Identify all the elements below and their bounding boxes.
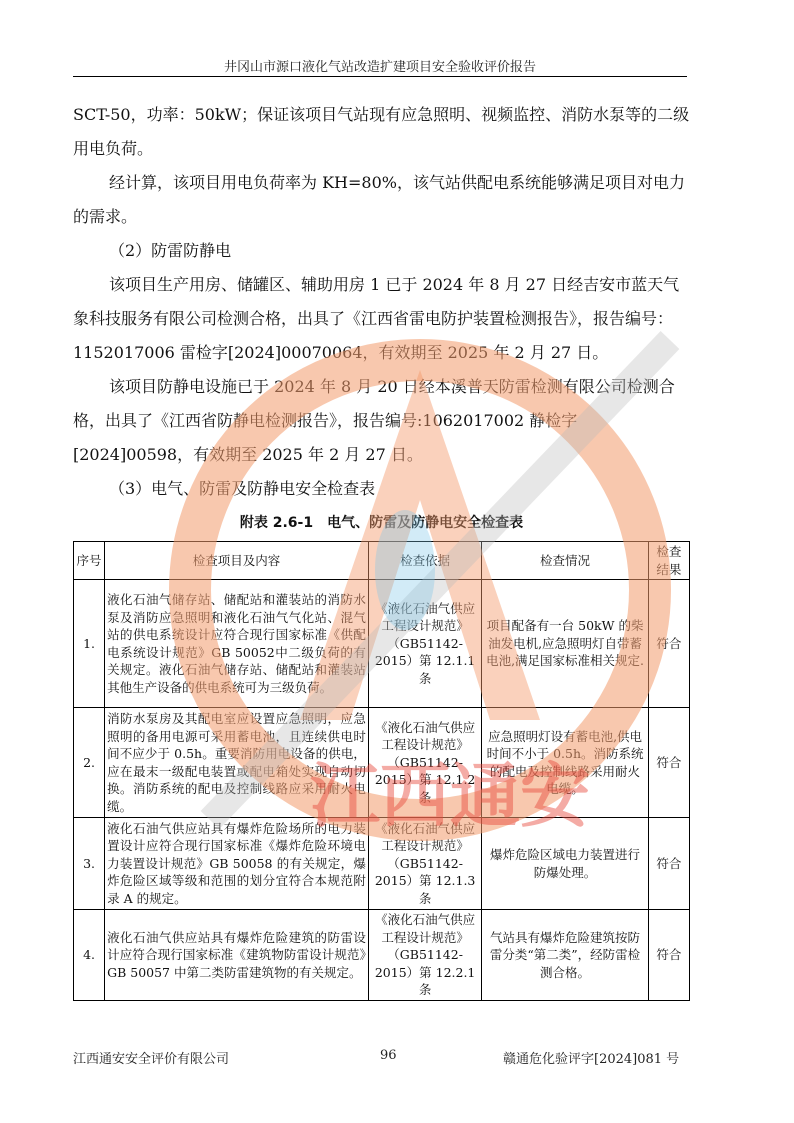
row-situation: 应急照明灯设有蓄电池,供电时间不小于 0.5h。消防系统的配电及控制线路采用耐火… — [482, 708, 649, 818]
footer-report-number: 赣通危化验评字[2024]081 号 — [503, 1048, 679, 1067]
section-heading-lightning: （2）防雷防静电 — [73, 234, 693, 268]
row-basis: 《液化石油气供应工程设计规范》（GB51142-2015）第 12.1.2 条 — [368, 708, 481, 818]
table-row: 3. 液化石油气供应站具有爆炸危险场所的电力装置设计应符合现行国家标准《爆炸危险… — [74, 818, 690, 910]
header-item-content: 检查项目及内容 — [105, 542, 369, 580]
paragraph-lightning-report: 该项目生产用房、储罐区、辅助用房 1 已于 2024 年 8 月 27 日经吉安… — [73, 268, 693, 370]
header-divider — [73, 76, 687, 77]
row-content: 液化石油气供应站具有爆炸危险建筑的防雷设计应符合现行国家标准《建筑物防雷设计规范… — [105, 910, 369, 1001]
row-situation: 气站具有爆炸危险建筑按防雷分类“第二类”，经防雷检测合格。 — [482, 910, 649, 1001]
row-basis: 《液化石油气供应工程设计规范》（GB51142-2015）第 12.2.1 条 — [368, 910, 481, 1001]
body-text: SCT-50，功率：50kW；保证该项目气站现有应急照明、视频监控、消防水泵等的… — [73, 98, 693, 506]
row-result: 符合 — [648, 708, 689, 818]
paragraph-load-rate: 经计算，该项目用电负荷率为 KH=80%，该气站供配电系统能够满足项目对电力的需… — [73, 166, 693, 234]
row-result: 符合 — [648, 580, 689, 708]
footer-company: 江西通安安全评价有限公司 — [73, 1048, 229, 1067]
row-situation: 爆炸危险区域电力装置进行防爆处理。 — [482, 818, 649, 910]
row-basis: 《液化石油气供应工程设计规范》（GB51142-2015）第 12.1.1 条 — [368, 580, 481, 708]
header-situation: 检查情况 — [482, 542, 649, 580]
safety-checklist-table: 序号 检查项目及内容 检查依据 检查情况 检查结果 1. 液化石油气储存站、储配… — [73, 541, 690, 1001]
row-content: 液化石油气储存站、储配站和灌装站的消防水泵及消防应急照明和液化石油气气化站、混气… — [105, 580, 369, 708]
table-row: 4. 液化石油气供应站具有爆炸危险建筑的防雷设计应符合现行国家标准《建筑物防雷设… — [74, 910, 690, 1001]
header-basis: 检查依据 — [368, 542, 481, 580]
row-result: 符合 — [648, 910, 689, 1001]
row-number: 4. — [74, 910, 105, 1001]
row-basis: 《液化石油气供应工程设计规范》（GB51142-2015）第 12.1.3 条 — [368, 818, 481, 910]
row-content: 液化石油气供应站具有爆炸危险场所的电力装置设计应符合现行国家标准《爆炸危险环境电… — [105, 818, 369, 910]
row-number: 2. — [74, 708, 105, 818]
table-header-row: 序号 检查项目及内容 检查依据 检查情况 检查结果 — [74, 542, 690, 580]
row-situation: 项目配备有一台 50kW 的柴油发电机,应急照明灯自带蓄电池,满足国家标准相关规… — [482, 580, 649, 708]
table-caption: 附表 2.6-1 电气、防雷及防静电安全检查表 — [73, 512, 690, 532]
table-row: 1. 液化石油气储存站、储配站和灌装站的消防水泵及消防应急照明和液化石油气气化站… — [74, 580, 690, 708]
row-number: 3. — [74, 818, 105, 910]
header-result: 检查结果 — [648, 542, 689, 580]
footer-page-number: 96 — [380, 1048, 397, 1063]
paragraph-power-load: SCT-50，功率：50kW；保证该项目气站现有应急照明、视频监控、消防水泵等的… — [73, 98, 693, 166]
table-row: 2. 消防水泵房及其配电室应设置应急照明，应急照明的备用电源可采用蓄电池，且连续… — [74, 708, 690, 818]
paragraph-static-report: 该项目防静电设施已于 2024 年 8 月 20 日经本溪普天防雷检测有限公司检… — [73, 370, 693, 472]
page-header-title: 井冈山市源口液化气站改造扩建项目安全验收评价报告 — [73, 56, 687, 75]
section-heading-checklist: （3）电气、防雷及防静电安全检查表 — [73, 472, 693, 506]
row-number: 1. — [74, 580, 105, 708]
row-result: 符合 — [648, 818, 689, 910]
header-number: 序号 — [74, 542, 105, 580]
row-content: 消防水泵房及其配电室应设置应急照明，应急照明的备用电源可采用蓄电池，且连续供电时… — [105, 708, 369, 818]
